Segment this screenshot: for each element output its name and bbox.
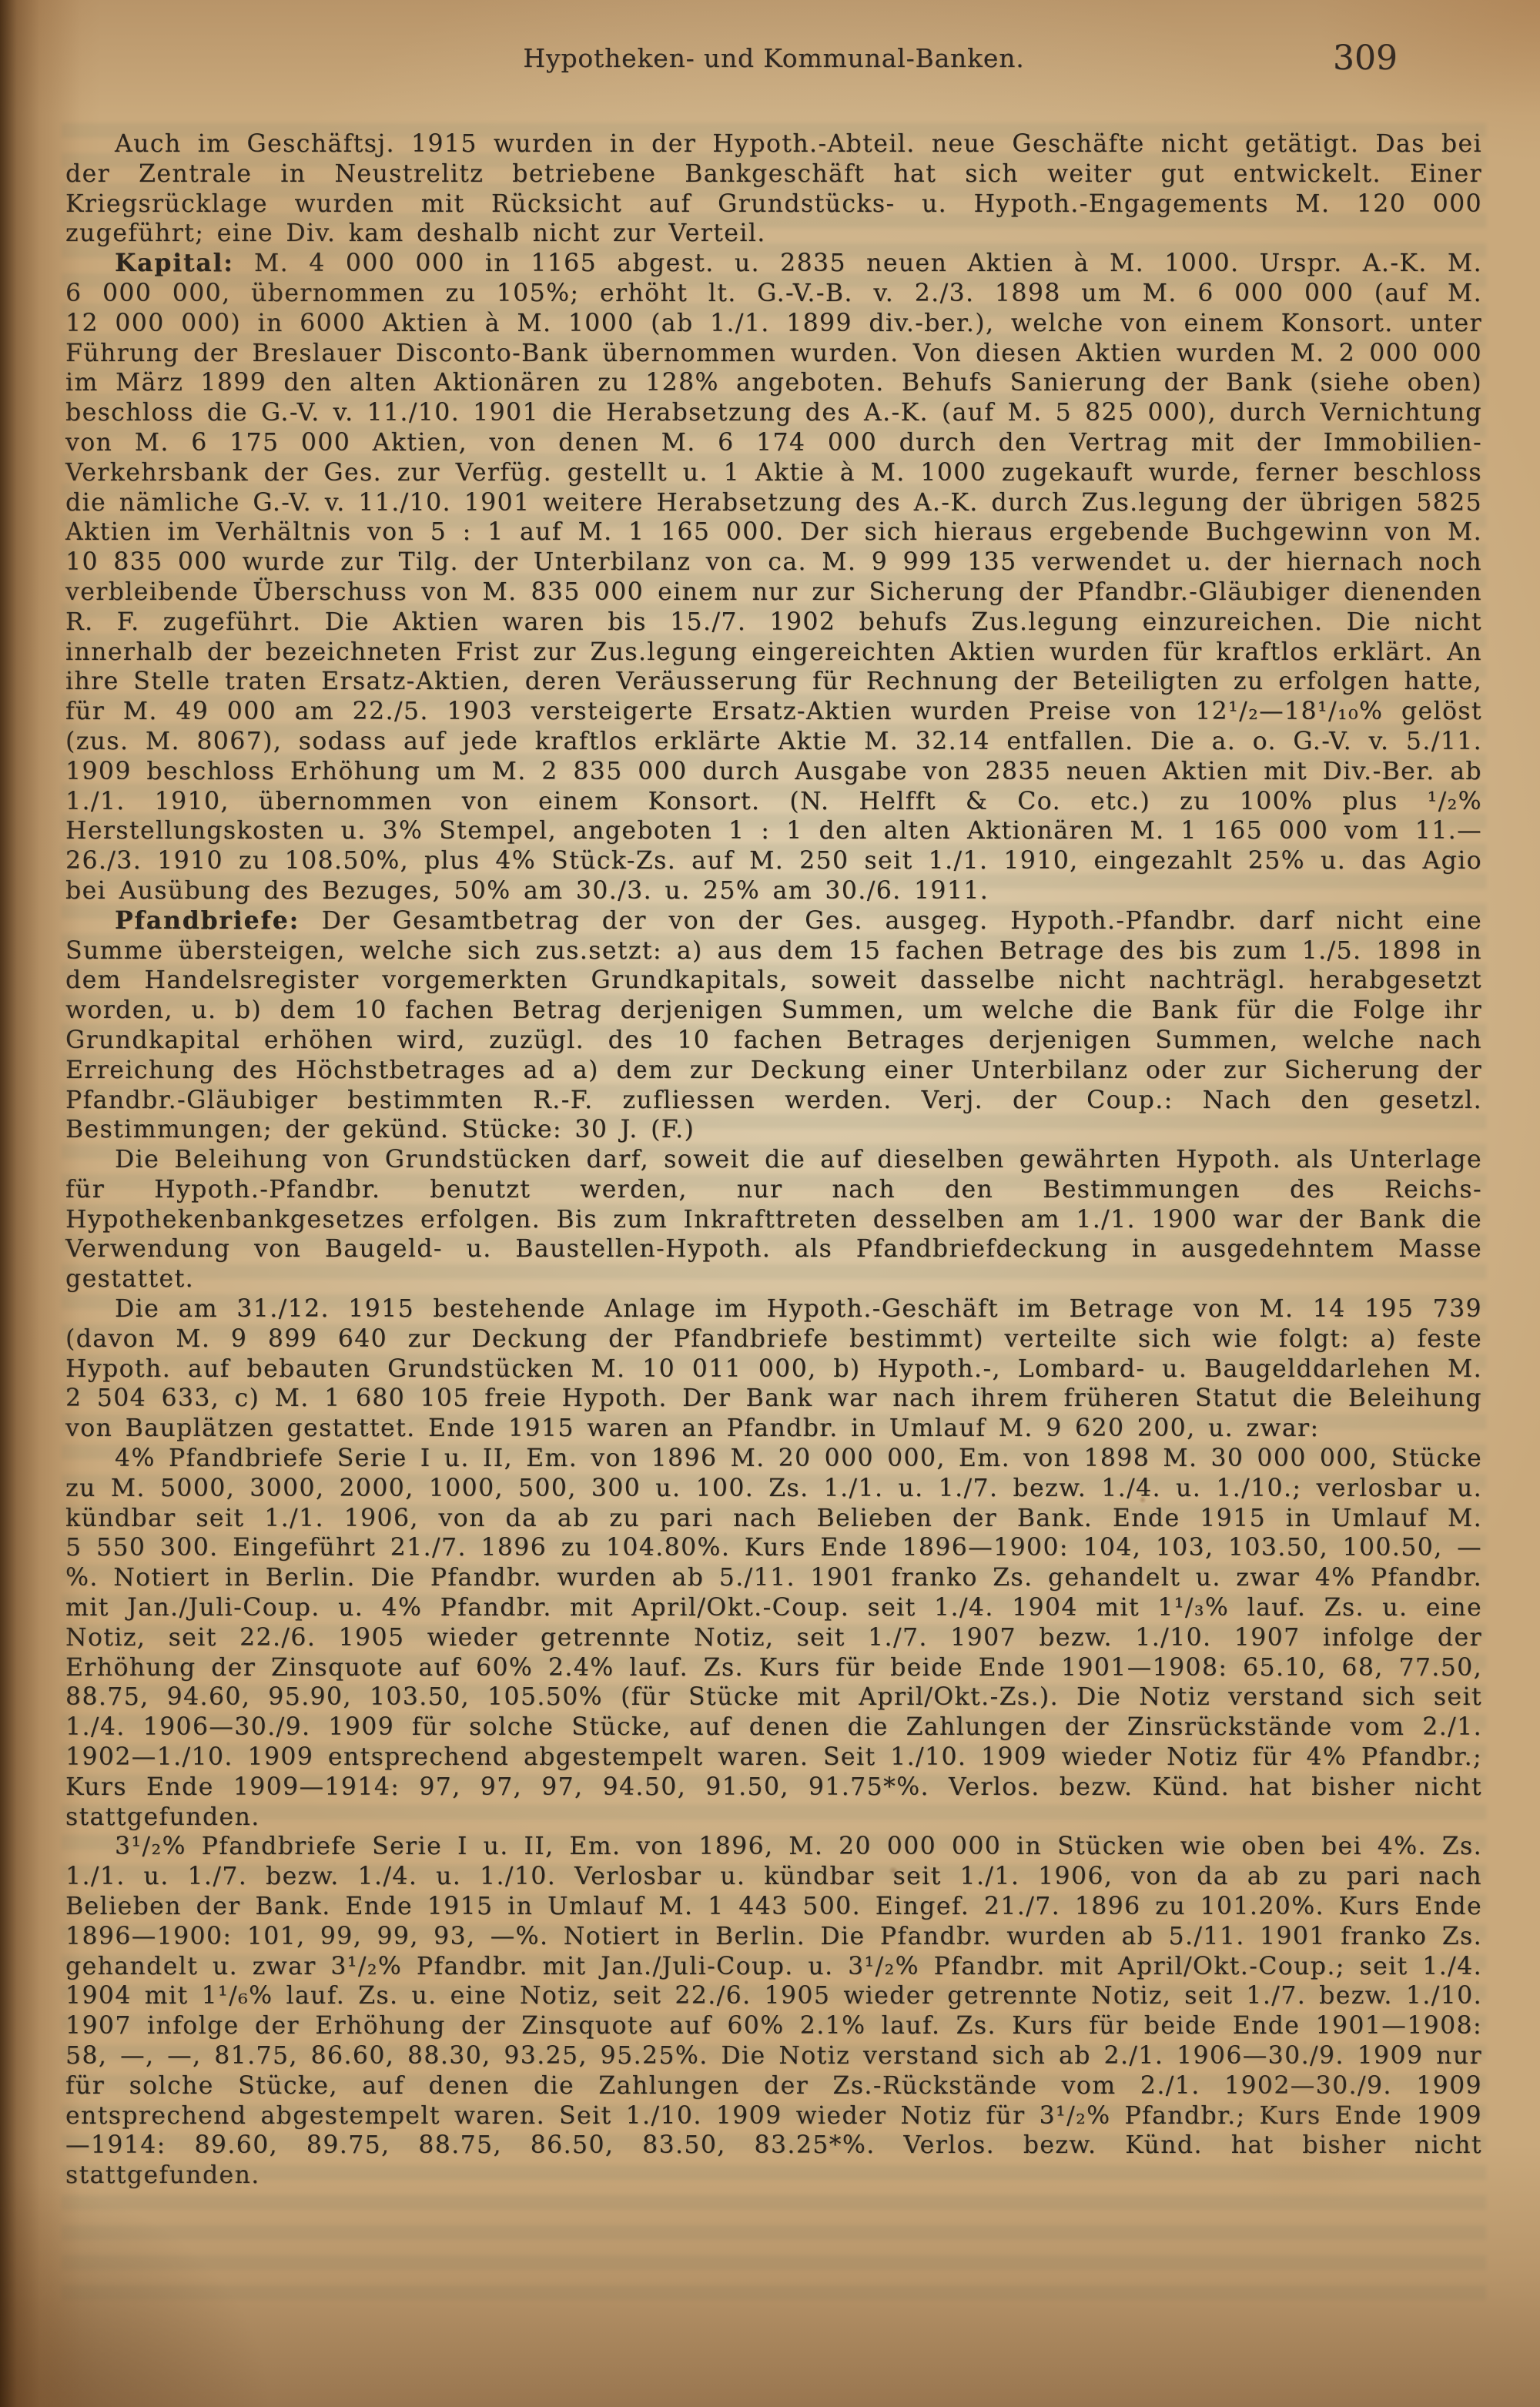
paragraph-3einhalb-prozent-pfandbriefe: 3¹/₂% Pfandbriefe Serie I u. II, Em. von… <box>65 1832 1482 2191</box>
kapital-text: M. 4 000 000 in 1165 abgest. u. 2835 neu… <box>65 249 1482 905</box>
page-number: 309 <box>1333 38 1398 78</box>
paragraph-pfandbriefe: Pfandbriefe: Der Gesamtbetrag der von de… <box>65 906 1482 1145</box>
paragraph-anlage-1915: Die am 31./12. 1915 bestehende Anlage im… <box>65 1294 1482 1444</box>
page-header: Hypotheken- und Kommunal-Banken. 309 <box>65 43 1482 73</box>
book-page: Hypotheken- und Kommunal-Banken. 309 Auc… <box>0 0 1540 2407</box>
paragraph-kapital: Kapital: M. 4 000 000 in 1165 abgest. u.… <box>65 249 1482 906</box>
paragraph-beleihung: Die Beleihung von Grundstücken darf, sow… <box>65 1145 1482 1294</box>
paragraph-4prozent-pfandbriefe: 4% Pfandbriefe Serie I u. II, Em. von 18… <box>65 1444 1482 1832</box>
kapital-label: Kapital: <box>115 249 234 277</box>
pfandbriefe-text: Der Gesamtbetrag der von der Ges. ausgeg… <box>65 907 1482 1144</box>
running-title: Hypotheken- und Kommunal-Banken. <box>65 43 1482 73</box>
pfandbriefe-label: Pfandbriefe: <box>115 906 300 935</box>
paragraph-geschaeftsjahr: Auch im Geschäftsj. 1915 wurden in der H… <box>65 129 1482 249</box>
page-body: Auch im Geschäftsj. 1915 wurden in der H… <box>65 129 1482 2191</box>
